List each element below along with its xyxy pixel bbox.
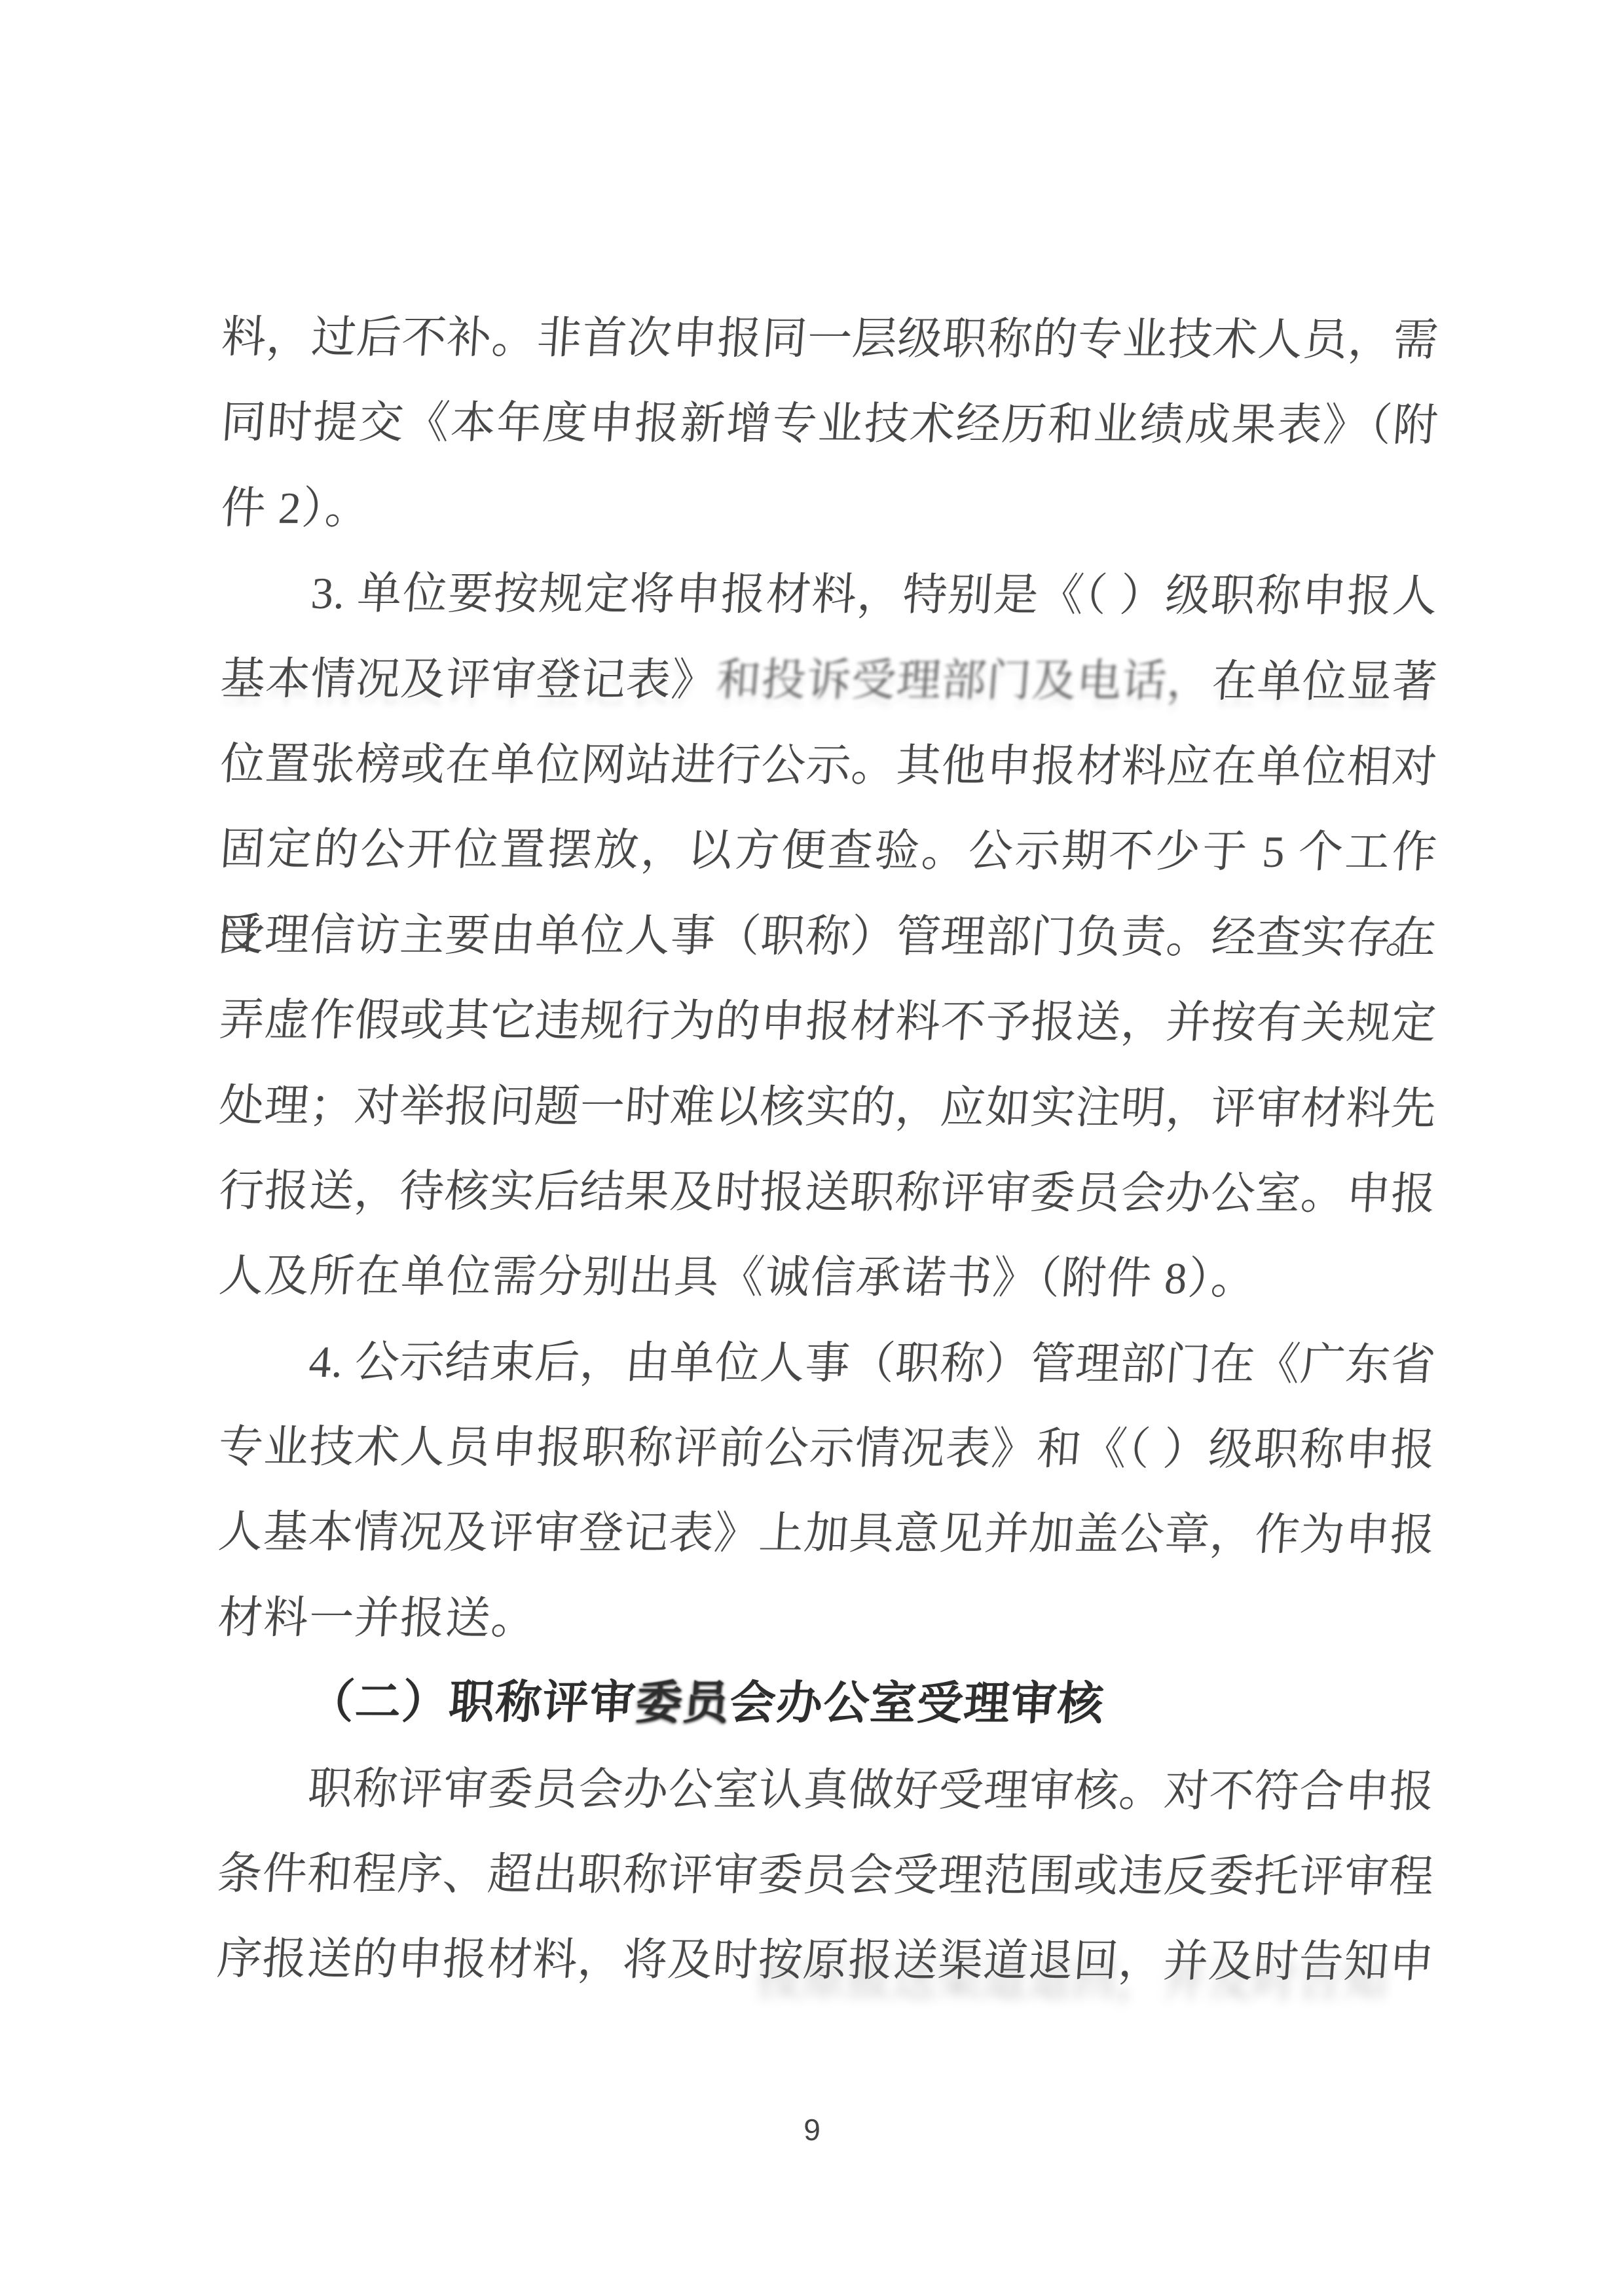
text-line: 人基本情况及评审登记表》上加具意见并加盖公章，作为申报 [215,1489,1438,1578]
text-line: 材料一并报送。 [215,1575,1437,1663]
text-line: 专业技术人员申报职称评前公示情况表》和《（ ）级职称申报 [215,1404,1438,1493]
text-segment: 申 [1387,1937,1435,1987]
text-segment: 职称评审委员会办公室认真做好受理审核。对不符合申报 [306,1764,1437,1816]
text-segment: 人及所在单位需分别出具《诚信承诺书》（附件 8）。 [217,1251,1259,1303]
text-segment-ink: 委员 [635,1678,732,1728]
text-line: 3. 单位要按规定将申报材料，特别是《（ ）级职称申报人 [217,551,1440,639]
text-line: 弄虚作假或其它违规行为的申报材料不予报送，并按有关规定 [217,977,1439,1066]
document-page: 料，过后不补。非首次申报同一层级职称的专业技术人员，需同时提交《本年度申报新增专… [0,0,1624,2296]
text-line: 受理信访主要由单位人事（职称）管理部门负责。经查实存在 [217,892,1439,980]
text-line: 件 2）。 [218,465,1441,553]
page-number: 9 [0,2112,1624,2147]
text-segment: 位置张榜或在单位网站进行公示。其他申报材料应在单位相对 [219,739,1439,792]
text-segment: 处理；对举报问题一时难以核实的，应如实注明，评审材料先 [217,1080,1438,1133]
text-segment: 3. 单位要按规定将申报材料，特别是《（ ）级职称申报人 [309,568,1439,621]
document-body: 料，过后不补。非首次申报同一层级职称的专业技术人员，需同时提交《本年度申报新增专… [217,295,1439,2005]
text-line: 同时提交《本年度申报新增专业技术经历和业绩成果表》（附 [218,380,1441,468]
text-segment: 行报送，待核实后结果及时报送职称评审委员会办公室。申报 [217,1165,1438,1218]
text-segment: 人基本情况及评审登记表》上加具意见并加盖公章，作为申报 [217,1507,1437,1560]
text-line: 基本情况及评审登记表》和投诉受理部门及电话，在单位显著 [217,636,1440,724]
text-segment: 专业技术人员申报职称评前公示情况表》和《（ ）级职称申报 [217,1422,1437,1475]
text-segment: 料，过后不补。非首次申报同一层级职称的专业技术人员，需 [220,312,1441,365]
text-line: 位置张榜或在单位网站进行公示。其他申报材料应在单位相对 [217,721,1440,810]
text-segment: 件 2）。 [219,483,373,533]
text-segment: 会办公室受理审核 [728,1679,1107,1730]
text-segment: 序报送的申报材料，将及时 [215,1934,760,1985]
text-line: 序报送的申报材料，将及时按原报送渠道退回，并及时告知申 [214,1916,1437,2005]
text-line: 固定的公开位置摆放，以方便查验。公示期不少于 5 个工作日。 [217,807,1439,895]
text-segment-smudge: 和投诉受理部门及电话， [714,655,1214,706]
text-line: 行报送，待核实后结果及时报送职称评审委员会办公室。申报 [216,1148,1439,1236]
text-segment: 条件和程序、超出职称评审委员会受理范围或违反委托评审程 [215,1849,1436,1902]
text-line: 4. 公示结束后，由单位人事（职称）管理部门在《广东省 [215,1319,1438,1407]
text-line: 职称评审委员会办公室认真做好受理审核。对不符合申报 [215,1745,1437,1834]
text-segment: 4. 公示结束后，由单位人事（职称）管理部门在《广东省 [307,1337,1437,1389]
text-line: 条件和程序、超出职称评审委员会受理范围或违反委托评审程 [214,1831,1437,1920]
text-segment: 同时提交《本年度申报新增专业技术经历和业绩成果表》（附 [219,397,1440,450]
text-line: 料，过后不补。非首次申报同一层级职称的专业技术人员，需 [219,295,1441,383]
text-segment: 受理信访主要由单位人事（职称）管理部门负责。经查实存在 [218,909,1439,962]
text-segment: （二）职称评审 [306,1677,638,1728]
text-segment-ghost: 按原报送渠道退回，并及时告知 [756,1935,1391,1987]
text-segment: 在单位显著 [1210,656,1439,706]
text-line: 人及所在单位需分别出具《诚信承诺书》（附件 8）。 [216,1233,1439,1322]
text-segment: 材料一并报送。 [216,1592,538,1643]
text-segment: 弄虚作假或其它违规行为的申报材料不予报送，并按有关规定 [218,995,1439,1048]
text-segment: 基本情况及评审登记表》 [219,653,718,704]
text-line: 处理；对举报问题一时难以核实的，应如实注明，评审材料先 [216,1063,1439,1151]
section-heading-line: （二）职称评审委员会办公室受理审核 [215,1660,1437,1749]
